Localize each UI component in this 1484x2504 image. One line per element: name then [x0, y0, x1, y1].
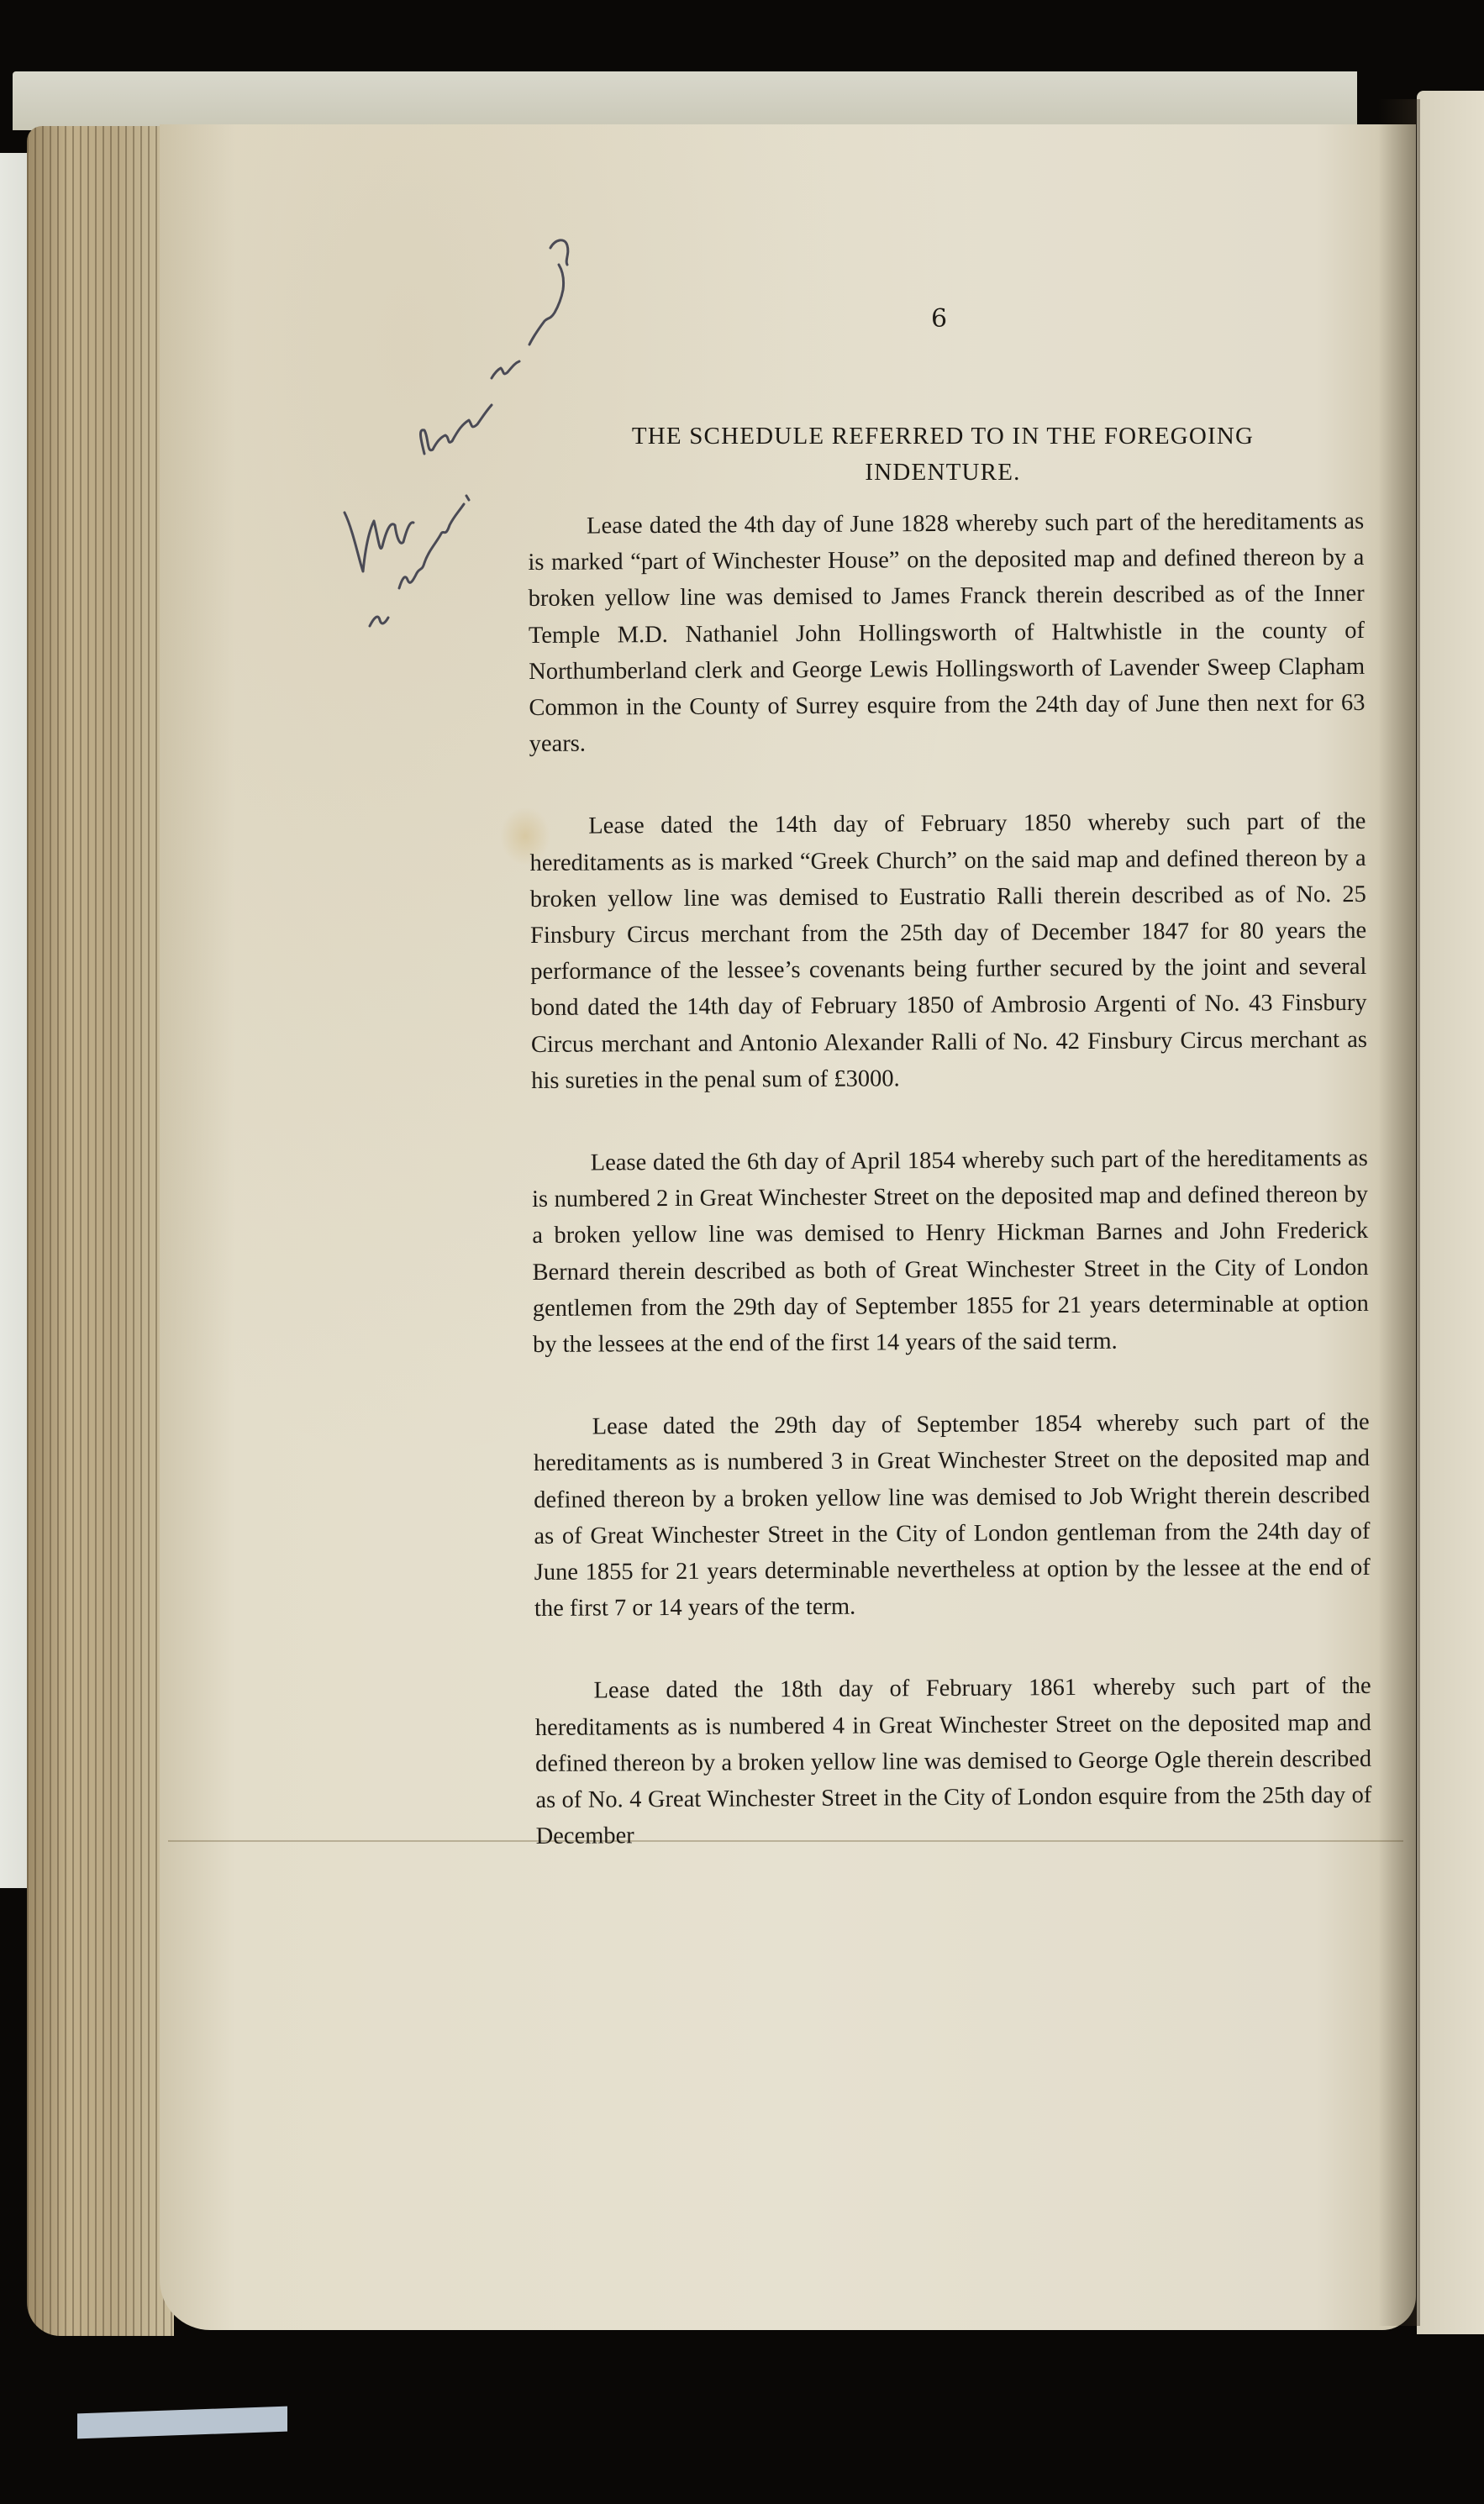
scanned-book-spread: 6 THE SCHEDULE REFERRED TO IN THE FOREGO… [0, 0, 1484, 2504]
lease-paragraph-1861: Lease dated the 18th day of February 186… [534, 1668, 1371, 1854]
loose-sheet-top [13, 71, 1357, 130]
lease-paragraph-1854-april: Lease dated the 6th day of April 1854 wh… [532, 1140, 1370, 1363]
page-fold-edge [168, 1840, 1403, 2329]
facing-page-sliver [1417, 91, 1484, 2334]
gutter-shadow [1378, 99, 1420, 2326]
schedule-body: Lease dated the 4th day of June 1828 whe… [528, 503, 1372, 1902]
lease-paragraph-1854-september: Lease dated the 29th day of September 18… [534, 1404, 1371, 1627]
heading-line-2: INDENTURE. [523, 455, 1363, 491]
schedule-heading: THE SCHEDULE REFERRED TO IN THE FOREGOIN… [523, 418, 1363, 491]
page-edge-stack [27, 126, 174, 2336]
lease-paragraph-1850: Lease dated the 14th day of February 185… [529, 803, 1367, 1099]
lease-paragraph-1828: Lease dated the 4th day of June 1828 whe… [528, 503, 1366, 762]
page-number: 6 [931, 304, 947, 334]
heading-line-1: THE SCHEDULE REFERRED TO IN THE FOREGOIN… [523, 418, 1363, 455]
inserted-slip [77, 2407, 287, 2439]
